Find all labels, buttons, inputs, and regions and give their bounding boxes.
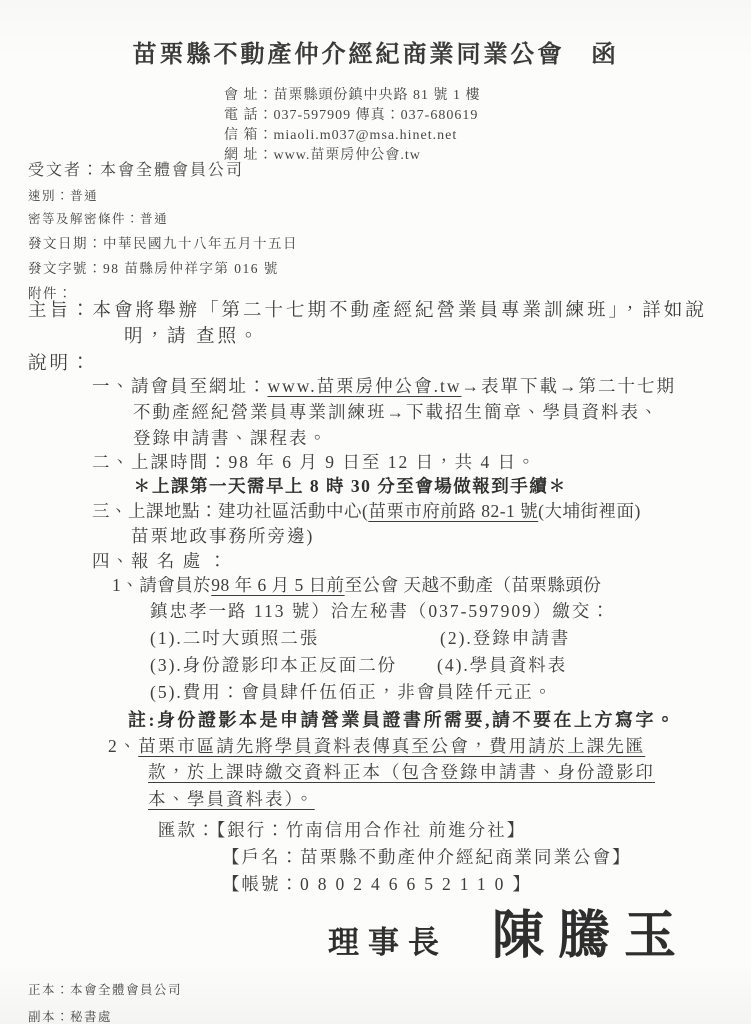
website-url-text: www.苗栗房仲公會.tw — [268, 376, 462, 396]
original-copy-line: 正本：本會全體會員公司 — [28, 980, 182, 998]
subject-line-2: 明，請 查照。 — [124, 322, 261, 348]
assoc-website-line: 網 址：www.苗栗房仲公會.tw — [224, 144, 421, 164]
requirement-5-fee: (5).費用：會員肆仟伍佰正，非會員陸仟元正。 — [150, 679, 553, 704]
account-number-close-bracket: 】 — [512, 874, 532, 894]
explanation-label: 說明： — [28, 349, 93, 375]
scanned-letter-page: 苗栗縣不動產仲介經紀商業同業公會 函 會 址：苗栗縣頭份鎮中央路 81 號 1 … — [0, 0, 751, 1024]
id-copy-warning-note: 註:身份證影本是申請營業員證書所需要,請不要在上方寫字。 — [128, 706, 677, 732]
item-3-number: 三、 — [92, 501, 128, 521]
registration-sub-item-2-line-3: 本、學員資料表）。 — [148, 786, 315, 811]
registration-sub-item-2-line-2: 款，於上課時繳交資料正本（包含登錄申請書、身份證影印 — [148, 759, 655, 784]
remittance-account-name-line: 【戶名：苗栗縣不動產仲介經紀商業同業公會】 — [222, 844, 632, 869]
item-3-text: 上課地點：建功社區活動中心( — [128, 501, 368, 521]
account-number-label: 【帳號： — [222, 874, 300, 894]
sub-item-2-text: 苗栗市區請先將學員資料表傳真至公會，費用請於上課先匯 — [138, 736, 645, 756]
item-1-text-after-url: →表單下載→第二十七期 — [462, 376, 677, 396]
explanation-item-1-line-2: 不動產經紀營業員專業訓練班→下載招生簡章、學員資料表、 — [133, 399, 660, 424]
ref-number-line: 發文字號：98 苗縣房仲祥字第 016 號 — [28, 257, 279, 277]
chairman-name-signature: 陳騰玉 — [492, 893, 690, 968]
explanation-item-1-line-3: 登錄申請書、課程表。 — [133, 425, 328, 450]
remittance-bank: 【銀行：竹南信用合作社 前進分社】 — [217, 820, 527, 840]
explanation-item-2-line: 二、上課時間：98 年 6 月 9 日至 12 日，共 4 日。 — [92, 449, 537, 474]
item-4-text: 報 名 處 ： — [131, 551, 228, 571]
recipient-line: 受文者：本會全體會員公司 — [28, 157, 244, 180]
duplicate-copy-line: 副本：秘書處 — [28, 1007, 112, 1024]
letter-title: 苗栗縣不動產仲介經紀商業同業公會 函 — [0, 34, 751, 69]
registration-sub-item-1-line-2: 鎮忠孝一路 113 號）洽左秘書（037-597909）繳交： — [150, 598, 611, 623]
issue-date-line: 發文日期：中華民國九十八年五月十五日 — [28, 232, 298, 252]
security-line: 密等及解密條件：普通 — [28, 209, 168, 227]
item-4-number: 四、 — [92, 551, 131, 571]
check-in-reminder-note: ✽上課第一天需早上 8 時 30 分至會場做報到手續✽ — [133, 473, 567, 498]
assoc-address-line: 會 址：苗栗縣頭份鎮中央路 81 號 1 樓 — [224, 84, 481, 104]
account-number: 080246652110 — [300, 874, 512, 894]
subject-line-1: 主旨：本會將舉辦「第二十七期不動產經紀營業員專業訓練班」，詳如說 — [28, 296, 707, 322]
requirement-2: (2).登錄申請書 — [440, 625, 570, 650]
subject-text-1: 本會將舉辦「第二十七期不動產經紀營業員專業訓練班」，詳如說 — [93, 301, 707, 321]
sub-item-1-text: 請會員於 — [139, 575, 211, 595]
class-location-address: 苗栗市府前路 82-1 號 — [368, 501, 538, 521]
item-2-text: 上課時間：98 年 6 月 9 日至 12 日，共 4 日。 — [131, 452, 537, 472]
explanation-item-3-line-1: 三、上課地點：建功社區活動中心(苗栗市府前路 82-1 號(大埔街裡面) — [92, 498, 641, 523]
sub-item-1-number: 1、 — [112, 575, 139, 595]
item-2-number: 二、 — [92, 452, 131, 472]
explanation-item-4-line: 四、報 名 處 ： — [92, 548, 228, 573]
requirement-4: (4).學員資料表 — [437, 652, 567, 677]
explanation-item-1-line-1: 一、請會員至網址：www.苗栗房仲公會.tw→表單下載→第二十七期 — [92, 373, 676, 398]
item-1-number: 一、 — [92, 376, 131, 396]
subject-label: 主旨： — [28, 301, 93, 321]
speed-line: 速別：普通 — [28, 186, 98, 204]
explanation-item-3-line-2: 苗栗地政事務所旁邊) — [131, 523, 314, 548]
requirement-3: (3).身份證影印本正反面二份 — [150, 652, 397, 677]
deadline-date: 98 年 6 月 5 日前 — [211, 575, 344, 595]
item-3-text-after: (大埔街裡面) — [538, 501, 641, 521]
sub-item-1-text-after: 至公會 天越不動產（苗栗縣頭份 — [345, 575, 602, 595]
remittance-label: 匯款： — [158, 820, 217, 840]
remittance-bank-line: 匯款：【銀行：竹南信用合作社 前進分社】 — [158, 817, 526, 842]
chairman-title: 理事長 — [328, 917, 448, 962]
item-1-text: 請會員至網址： — [131, 376, 268, 396]
signature-block: 理事長 陳騰玉 — [328, 893, 690, 968]
requirement-1: (1).二吋大頭照二張 — [150, 625, 319, 650]
assoc-phone-fax-line: 電 話：037-597909 傳真：037-680619 — [224, 104, 478, 124]
registration-sub-item-2-line-1: 2、苗栗市區請先將學員資料表傳真至公會，費用請於上課先匯 — [108, 733, 645, 758]
sub-item-2-number: 2、 — [108, 736, 138, 756]
assoc-email-line: 信 箱：miaoli.m037@msa.hinet.net — [224, 124, 457, 144]
registration-sub-item-1-line-1: 1、請會員於98 年 6 月 5 日前至公會 天越不動產（苗栗縣頭份 — [112, 572, 602, 597]
